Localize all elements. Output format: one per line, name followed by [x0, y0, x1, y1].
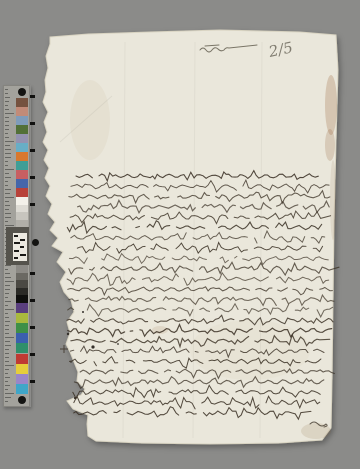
- ruler-mark: [5, 89, 8, 90]
- gray-patch: [16, 205, 28, 213]
- ink-speck: [91, 345, 94, 348]
- ruler-mark: [5, 365, 14, 366]
- ruler-mark: [5, 369, 9, 370]
- tick-mark: [30, 272, 35, 275]
- gray-patch: [16, 212, 28, 220]
- ruler-mark: [5, 345, 11, 346]
- color-patch: [16, 354, 28, 364]
- ruler-mark: [5, 277, 11, 278]
- gray-patch: [16, 288, 28, 296]
- ruler-mark: [5, 161, 8, 162]
- ruler-mark: [5, 321, 10, 322]
- registration-dot: [18, 88, 26, 96]
- ruler-mark: [5, 121, 9, 122]
- ink-speck: [82, 311, 84, 313]
- ruler-mark: [5, 385, 10, 386]
- color-patch: [16, 161, 28, 170]
- color-patch: [16, 188, 28, 197]
- ruler-mark: [5, 101, 9, 102]
- color-patch: [16, 134, 28, 143]
- photo-stage: 2/5: [0, 0, 360, 469]
- ruler-mark: [5, 329, 9, 330]
- tick-mark: [30, 95, 35, 98]
- ruler-mark: [5, 213, 11, 214]
- color-patch: [16, 116, 28, 125]
- edge-stain: [325, 75, 337, 135]
- ink-speck: [67, 333, 69, 335]
- color-patch: [16, 384, 28, 394]
- gray-patch: [16, 265, 28, 273]
- ruler-mark: [5, 125, 9, 126]
- ruler-mark: [5, 137, 9, 138]
- ruler-mark: [5, 149, 11, 150]
- color-patch: [16, 107, 28, 116]
- gray-patch: [16, 280, 28, 288]
- foxing: [70, 80, 110, 160]
- ruler-mark: [5, 377, 10, 378]
- ruler-mark: [5, 401, 8, 402]
- resolution-wedge: [14, 242, 20, 244]
- ruler-mark: [5, 145, 10, 146]
- ruler-mark: [5, 217, 11, 218]
- ruler-mark: [5, 357, 9, 358]
- ruler-mark: [5, 209, 9, 210]
- edge-stain: [325, 129, 335, 161]
- gray-patch: [16, 273, 28, 281]
- ruler-mark: [5, 221, 8, 222]
- ruler-mark: [5, 309, 14, 310]
- ruler-mark: [5, 317, 9, 318]
- ruler-mark: [5, 333, 9, 334]
- ruler-mark: [5, 325, 9, 326]
- ruler-mark: [5, 109, 9, 110]
- ruler-mark: [5, 117, 9, 118]
- ruler-mark: [5, 225, 14, 226]
- ruler-mark: [5, 361, 9, 362]
- color-patch: [16, 313, 28, 323]
- ruler-mark: [5, 273, 10, 274]
- ruler-mark: [5, 133, 8, 134]
- color-calibration-target: [3, 85, 31, 407]
- gray-patch: [16, 220, 28, 228]
- ruler-mark: [5, 197, 14, 198]
- ruler-mark: [5, 305, 8, 306]
- tick-mark: [30, 299, 35, 302]
- registration-dot: [32, 239, 39, 246]
- ruler-mark: [5, 349, 9, 350]
- ruler-mark: [5, 373, 8, 374]
- ruler-mark: [5, 93, 8, 94]
- color-patch: [16, 364, 28, 374]
- ink-speck: [117, 343, 119, 345]
- ruler-mark: [5, 189, 11, 190]
- color-patch: [16, 323, 28, 333]
- ruler-mark: [5, 205, 10, 206]
- resolution-wedge: [14, 257, 18, 259]
- ruler-mark: [5, 185, 8, 186]
- ruler-mark: [5, 281, 14, 282]
- tick-mark: [30, 122, 35, 125]
- color-patch: [16, 303, 28, 313]
- ruler-mark: [5, 393, 14, 394]
- gray-patch: [16, 295, 28, 303]
- ruler-mark: [5, 301, 11, 302]
- resolution-wedge: [20, 239, 25, 241]
- ruler-mark: [5, 141, 14, 142]
- ruler-mark: [5, 105, 8, 106]
- ruler-mark: [5, 313, 8, 314]
- ruler-mark: [5, 157, 11, 158]
- ruler-mark: [5, 265, 11, 266]
- ruler-mark: [5, 397, 11, 398]
- tick-mark: [30, 176, 35, 179]
- ruler-mark: [5, 289, 10, 290]
- ruler-mark: [5, 181, 8, 182]
- ruler-mark: [5, 165, 8, 166]
- color-patch: [16, 179, 28, 188]
- color-patch: [16, 170, 28, 179]
- ruler-mark: [5, 381, 8, 382]
- resolution-wedge: [14, 235, 18, 237]
- color-patch: [16, 125, 28, 134]
- color-patch: [16, 343, 28, 353]
- ruler-mark: [5, 173, 9, 174]
- ruler-mark: [5, 201, 9, 202]
- tick-mark: [30, 326, 35, 329]
- color-patch: [16, 374, 28, 384]
- color-patch: [16, 143, 28, 152]
- ruler-mark: [5, 389, 8, 390]
- resolution-wedge: [20, 246, 24, 248]
- resolution-wedge: [14, 250, 19, 252]
- ruler-mark: [5, 153, 11, 154]
- color-patch: [16, 98, 28, 107]
- ruler-mark: [5, 353, 9, 354]
- ruler-mark: [5, 193, 10, 194]
- corner-stain: [301, 423, 331, 439]
- ruler-mark: [5, 293, 9, 294]
- ruler-mark: [5, 129, 9, 130]
- ruler-mark: [5, 177, 11, 178]
- manuscript-scene: 2/5: [0, 0, 360, 469]
- ruler-mark: [5, 341, 10, 342]
- ruler-mark: [5, 297, 8, 298]
- ruler-mark: [5, 337, 14, 338]
- ruler-mark: [5, 285, 10, 286]
- ruler-mark: [5, 97, 10, 98]
- resolution-wedge: [20, 254, 26, 256]
- tick-mark: [30, 380, 35, 383]
- color-patch: [16, 152, 28, 161]
- tick-mark: [30, 149, 35, 152]
- ruler-mark: [5, 113, 14, 114]
- ruler-mark: [5, 169, 14, 170]
- color-patch: [16, 333, 28, 343]
- edge-stain: [330, 160, 336, 240]
- tick-mark: [30, 203, 35, 206]
- ruler-mark: [5, 269, 8, 270]
- tick-mark: [30, 353, 35, 356]
- registration-dot: [18, 396, 26, 404]
- gray-patch: [16, 197, 28, 205]
